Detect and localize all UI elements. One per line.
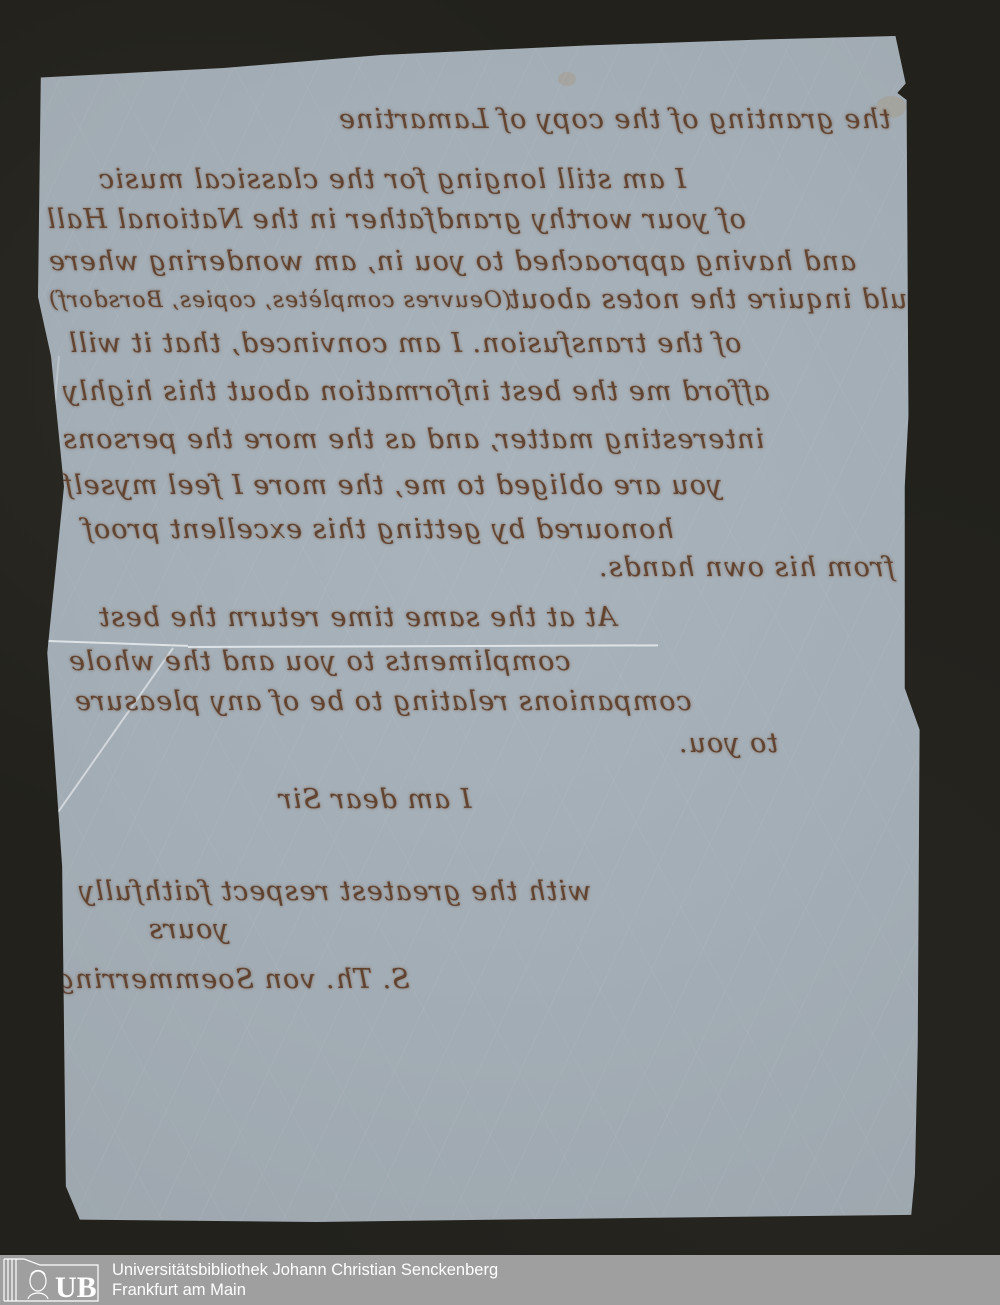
ub-logo: UB xyxy=(0,1255,110,1305)
institution-name: Universitätsbibliothek Johann Christian … xyxy=(112,1260,498,1300)
institution-line-1: Universitätsbibliothek Johann Christian … xyxy=(112,1260,498,1280)
svg-text:UB: UB xyxy=(55,1271,97,1304)
letter-line: of the transfusion. I am convinced, that… xyxy=(68,328,741,359)
letter-line: yours xyxy=(148,914,229,945)
letter-line: I am still longing for the classical mus… xyxy=(98,164,686,195)
letter-page: the granting of the copy of Lamartine I … xyxy=(38,36,966,1222)
letter-line: with the greatest respect faithfully xyxy=(78,876,591,907)
handwritten-text: the granting of the copy of Lamartine I … xyxy=(38,36,966,1222)
letter-line: of your worthy grandfather in the Nation… xyxy=(46,204,746,235)
institution-line-2: Frankfurt am Main xyxy=(112,1280,498,1300)
letter-line: interesting matter, and as the more the … xyxy=(62,424,764,455)
letter-line: I am dear Sir xyxy=(278,784,471,815)
letter-line: At at the same time return the best xyxy=(98,602,616,633)
letter-line: the granting of the copy of Lamartine xyxy=(338,104,891,135)
letter-line: from his own hands. xyxy=(598,552,895,583)
letter-line: and having approached to you in, am wond… xyxy=(48,246,856,277)
letter-line: to you. xyxy=(678,728,778,759)
letter-line: (Oeuvres complètes, copies, Borsdorf) xyxy=(48,288,512,313)
library-footer: UB Universitätsbibliothek Johann Christi… xyxy=(0,1255,1000,1305)
letter-line: you are obliged to me, the more I feel m… xyxy=(62,470,722,501)
letter-line: afford me the best information about thi… xyxy=(62,376,770,407)
letter-line: S. Th. von Soemmerring xyxy=(56,964,410,995)
senckenberg-portrait-icon: UB xyxy=(0,1255,110,1305)
letter-line: honoured by getting this excellent proof xyxy=(82,514,674,545)
letter-line: companions relating to be of any pleasur… xyxy=(74,686,692,717)
letter-line: compliments to you and the whole xyxy=(68,646,570,677)
